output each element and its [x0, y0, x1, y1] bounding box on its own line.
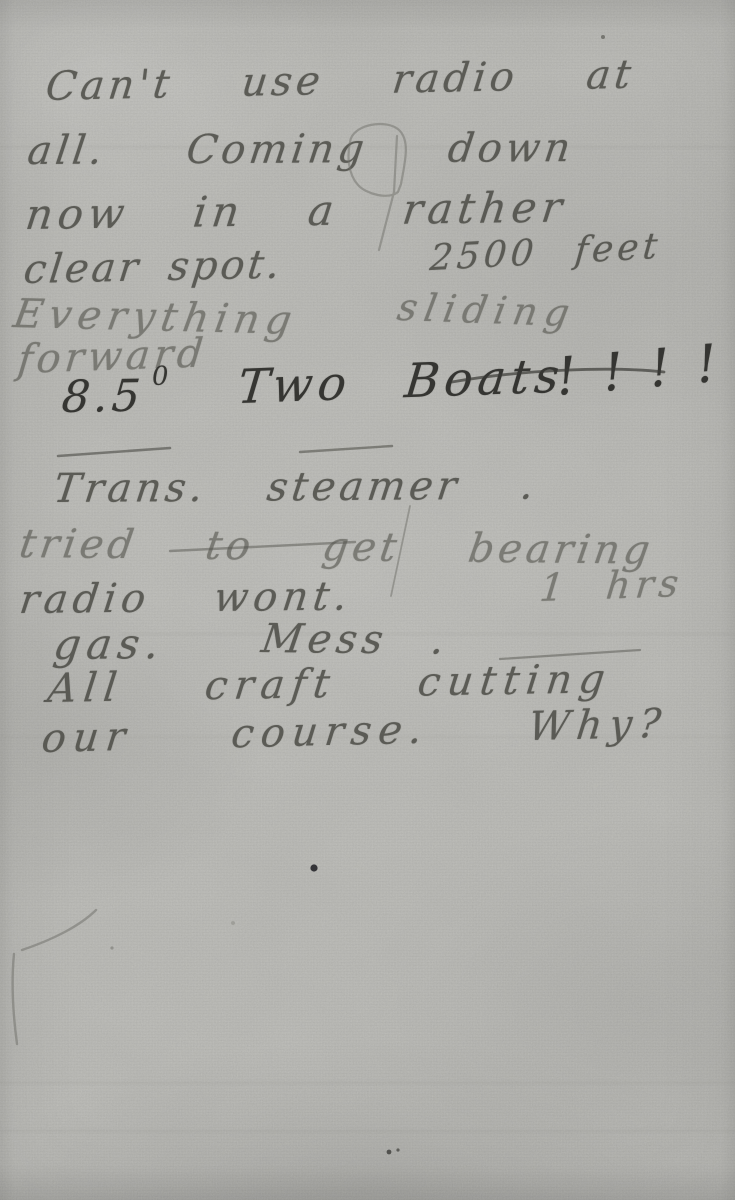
handwriting-word-2500-feet: 2500 feet: [428, 226, 663, 279]
stray-curve-bottom-left: [13, 910, 96, 1044]
handwriting-word-two-boats: Two Boats: [235, 349, 567, 416]
handwriting-superscript-0: 0: [151, 361, 169, 392]
handwriting-exclamation-marks: !!!!: [553, 332, 735, 408]
t-bar-stroke-trans: [58, 448, 170, 456]
t-bar-stroke-steamer: [300, 446, 392, 452]
paper-crease-line: [0, 1082, 735, 1084]
handwriting-line-all-coming-down: all. Coming down: [25, 125, 577, 174]
pencil-dot: [310, 864, 317, 871]
handwriting-word-clear-spot: clear spot.: [21, 242, 285, 294]
paper-speck: [387, 1150, 392, 1155]
paper-speck: [601, 35, 605, 39]
handwriting-line-trans-steamer: Trans. steamer .: [51, 463, 541, 512]
handwriting-word-1-hrs: 1 hrs: [538, 561, 686, 610]
paper-speck: [396, 1148, 399, 1151]
paper-speck: [231, 921, 235, 925]
handwriting-line-cant-use-radio-at: Can't use radio at: [43, 52, 637, 110]
handwriting-word-mess: Mess .: [259, 616, 453, 664]
paper-crease-line: [0, 1130, 735, 1132]
paper-speck: [110, 946, 113, 949]
handwriting-line-now-in-a-rather: now in a rather: [23, 182, 570, 239]
handwriting-time-8-5: 8.5: [60, 371, 146, 424]
handwriting-word-gas: gas.: [51, 619, 168, 669]
scanned-log-page: Can't use radio at all. Coming down now …: [0, 0, 735, 1200]
handwriting-word-sliding: sliding: [394, 285, 580, 335]
